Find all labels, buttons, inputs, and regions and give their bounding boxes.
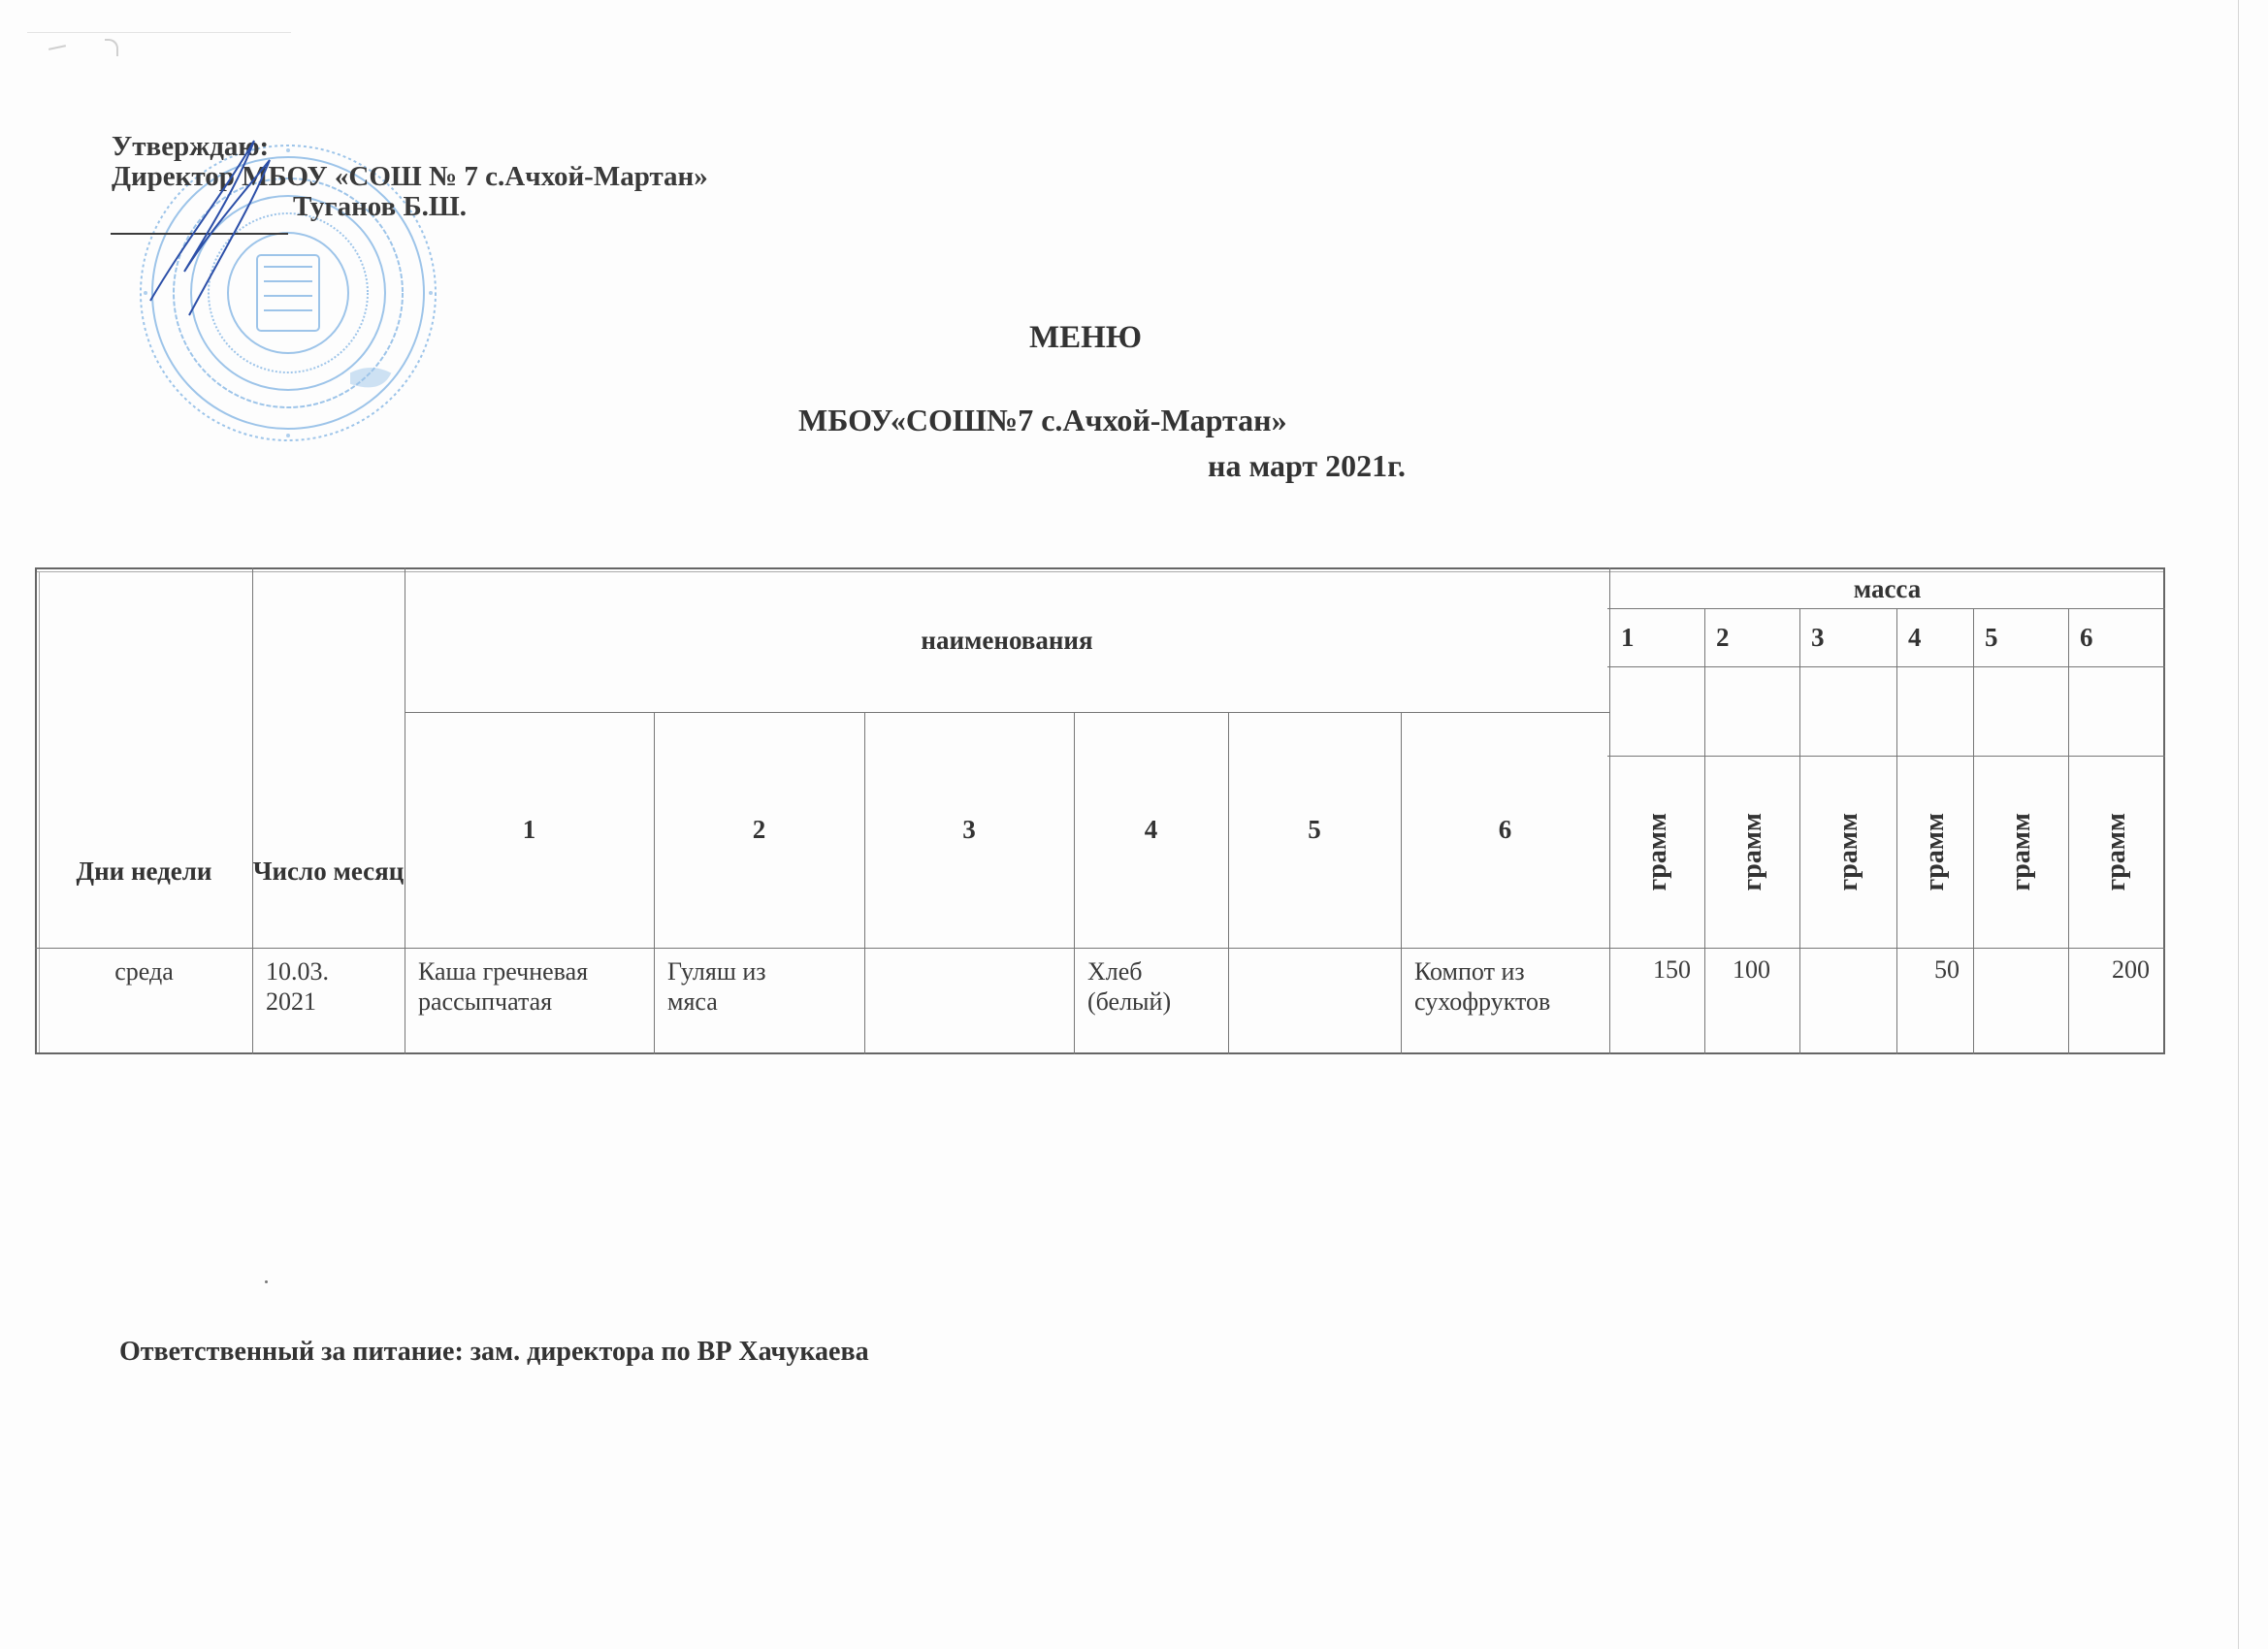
row-mass-6: 200 <box>2068 949 2163 1052</box>
row-mass-2: 100 <box>1704 949 1799 1052</box>
row-mass-1: 150 <box>1609 949 1704 1052</box>
mass-unit-1: грамм <box>1642 813 1672 890</box>
header-name-col-1: 1 <box>405 712 654 948</box>
row-mass-5 <box>1973 949 2068 1052</box>
mass-unit-cell-5: грамм <box>1973 756 2068 948</box>
scan-artifact <box>265 1280 268 1283</box>
page-title: МЕНЮ <box>1029 320 1142 356</box>
organization-title: МБОУ«СОШ№7 с.Ачхой-Мартан» <box>798 403 1287 438</box>
header-mass-col-1: 1 <box>1609 608 1704 666</box>
row-item-2: Гуляш из мяса <box>654 949 864 1052</box>
mass-unit-cell-1: грамм <box>1609 756 1704 948</box>
header-date: Число месяц <box>252 757 405 948</box>
row-date: 10.03. 2021 <box>252 949 405 1052</box>
row-mass-3 <box>1799 949 1896 1052</box>
header-day: Дни недели <box>36 757 252 948</box>
row-item-1: Каша гречневая рассыпчатая <box>405 949 654 1052</box>
row-item-4: Хлеб (белый) <box>1074 949 1228 1052</box>
scan-artifact <box>105 39 118 56</box>
period-title: на март 2021г. <box>1208 448 1406 484</box>
mass-unit-5: грамм <box>2006 813 2036 890</box>
scan-artifact <box>49 45 66 50</box>
mass-unit-cell-6: грамм <box>2068 756 2163 948</box>
page-edge <box>2238 0 2239 1649</box>
row-item-5 <box>1228 949 1401 1052</box>
header-mass-col-5: 5 <box>1973 608 2068 666</box>
mass-unit-4: грамм <box>1920 813 1950 890</box>
mass-unit-cell-3: грамм <box>1799 756 1896 948</box>
mass-unit-cell-2: грамм <box>1704 756 1799 948</box>
responsible-person: Ответственный за питание: зам. директора… <box>119 1337 869 1368</box>
header-name-col-3: 3 <box>864 712 1074 948</box>
row-mass-4: 50 <box>1896 949 1973 1052</box>
header-name-col-5: 5 <box>1228 712 1401 948</box>
mass-unit-3: грамм <box>1833 813 1863 890</box>
header-name-col-6: 6 <box>1401 712 1609 948</box>
header-name-col-4: 4 <box>1074 712 1228 948</box>
header-mass-col-4: 4 <box>1896 608 1973 666</box>
row-item-3 <box>864 949 1074 1052</box>
mass-unit-cell-4: грамм <box>1896 756 1973 948</box>
header-mass: масса <box>1609 569 2165 608</box>
signature-icon <box>146 136 320 320</box>
mass-unit-2: грамм <box>1737 813 1767 890</box>
scan-artifact <box>27 32 291 33</box>
header-mass-col-3: 3 <box>1799 608 1896 666</box>
row-item-6: Компот из сухофруктов <box>1401 949 1609 1052</box>
header-mass-col-6: 6 <box>2068 608 2163 666</box>
header-mass-col-2: 2 <box>1704 608 1799 666</box>
header-name-col-2: 2 <box>654 712 864 948</box>
header-names: наименования <box>405 569 1609 712</box>
mass-unit-6: грамм <box>2101 813 2131 890</box>
row-day: среда <box>36 949 252 1052</box>
